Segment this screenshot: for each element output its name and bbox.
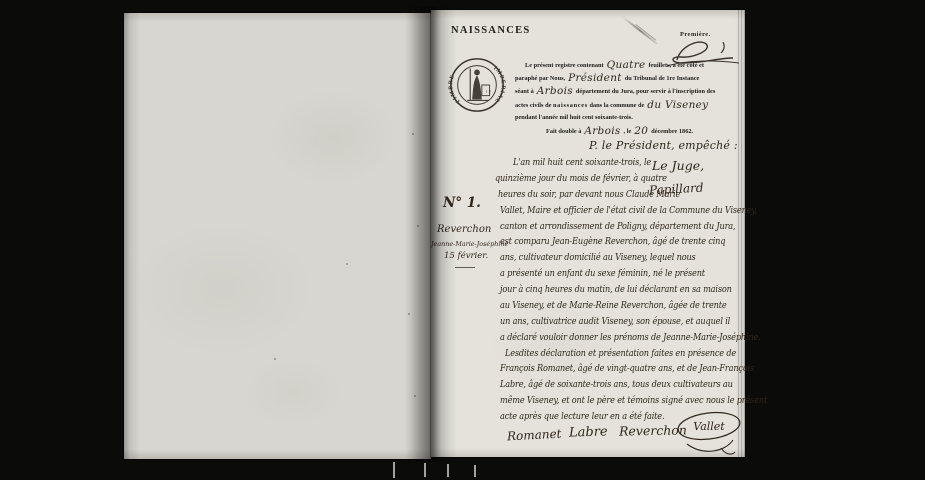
act-line: Vallet, Maire et officier de l'état civi… [500,203,712,219]
paper-crease [622,16,658,45]
birth-act-text: L'an mil huit cent soixante-trois, le qu… [495,155,747,425]
act-line: ans, cultivateur domicilié au Viseney, l… [500,250,712,266]
svg-text:IMPÉRIAL: IMPÉRIAL [492,65,506,104]
section-heading: NAISSANCES [451,25,531,36]
page-edge-mark [424,463,426,477]
preamble-text: décembre 1862. [651,128,693,135]
handwritten-entry: Président [568,72,622,84]
act-line: a déclaré vouloir donner les prénoms de … [500,330,712,346]
preamble-text: du Tribunal de 1re Instance [625,75,700,82]
act-line: François Romanet, âgé de vingt-quatre an… [500,361,712,377]
ink-speck [274,358,276,360]
act-line: même Viseney, et ont le père et témoins … [500,393,712,409]
margin-date: 15 février. [444,251,488,261]
signature-labre: Labre [569,424,608,440]
printed-preamble: Le présent registre contenantQuatrefeuil… [515,58,747,137]
act-line: heures du soir, par devant nous Claude M… [498,187,712,203]
allegorical-figure-icon [467,69,489,101]
preamble-line: séant àArboisdépartement du Jura, pour s… [515,84,747,97]
preamble-text: département du Jura, pour servir à l'ins… [576,88,715,95]
page-edge-mark [474,465,476,477]
book-fore-edge [738,10,745,457]
act-line: un ans, cultivatrice audit Viseney, son … [500,314,712,330]
handwritten-entry: 20 [634,125,648,137]
handwritten-entry: du Viseney [647,99,708,111]
preamble-line: pendant l'année mil huit cent soixante-t… [515,111,747,124]
act-line: canton et arrondissement de Poligny, dép… [500,219,712,235]
preamble-line: paraphé par Nous,Présidentdu Tribunal de… [515,71,747,84]
preamble-text: , le [624,128,632,135]
act-line: Lesdites déclaration et présentation fai… [505,346,713,362]
preamble-text: dans la commune de [590,102,645,109]
handwritten-entry: Arbois [537,85,573,97]
act-line: est comparu Jean-Eugène Reverchon, âgé d… [500,234,712,250]
margin-surname: Reverchon [437,224,491,235]
preamble-line: actes civils de naissances dans la commu… [515,98,747,111]
right-register-page: NAISSANCES Première. TIMBRE IMPÉRIAL [431,10,745,457]
president-signoff: P. le Président, empêché : [589,139,738,152]
preamble-text: paraphé par Nous, [515,75,565,82]
ink-speck [412,133,414,135]
handwritten-entry: Arbois [584,125,620,137]
act-line: Labre, âgé de soixante-trois ans, tous d… [500,377,712,393]
act-number: N° 1. [443,195,481,211]
ink-speck [417,225,419,227]
ink-speck [414,395,416,397]
page-edge-mark [447,464,449,477]
imperial-seal-icon: TIMBRE IMPÉRIAL 1 F. [448,56,506,114]
margin-underline [455,267,475,268]
preamble-text: séant à [515,88,534,95]
preamble-text: feuillets, a été coté et [649,62,704,69]
act-line: quinzième jour du mois de février, à qua… [495,171,712,187]
act-line: jour à cinq heures du matin, de lui décl… [500,282,712,298]
handwritten-entry: Quatre [607,59,646,71]
act-line: au Viseney, et de Marie-Reine Reverchon,… [500,298,712,314]
act-line: L'an mil huit cent soixante-trois, le [513,155,714,171]
act-line: a présenté un enfant du sexe féminin, né… [500,266,712,282]
page-edge-mark [393,462,395,478]
signature-vallet: Vallet [673,408,745,462]
scanned-register-spread: NAISSANCES Première. TIMBRE IMPÉRIAL [0,0,925,480]
left-blank-page [124,13,431,459]
preamble-text: Le présent registre contenant [525,62,604,69]
stamp-right-text: IMPÉRIAL [492,65,506,104]
ink-speck [346,263,348,265]
paper-crease [635,24,656,41]
signature-vallet-text: Vallet [693,420,725,433]
preamble-line: Le présent registre contenantQuatrefeuil… [515,58,747,71]
signature-romanet: Romanet [507,427,562,444]
preamble-keyword: naissances [553,102,588,109]
ink-speck [408,313,410,315]
margin-given-names: Jeanne-Marie-Joséphine [431,240,503,248]
stamp-value-text: 1 F. [486,90,492,94]
preamble-line: Fait double àArbois, le20décembre 1862. [515,124,747,137]
preamble-text: pendant l'année mil huit cent soixante-t… [515,114,633,121]
preamble-text: actes civils de [515,102,551,109]
preamble-text: Fait double à [546,128,581,135]
